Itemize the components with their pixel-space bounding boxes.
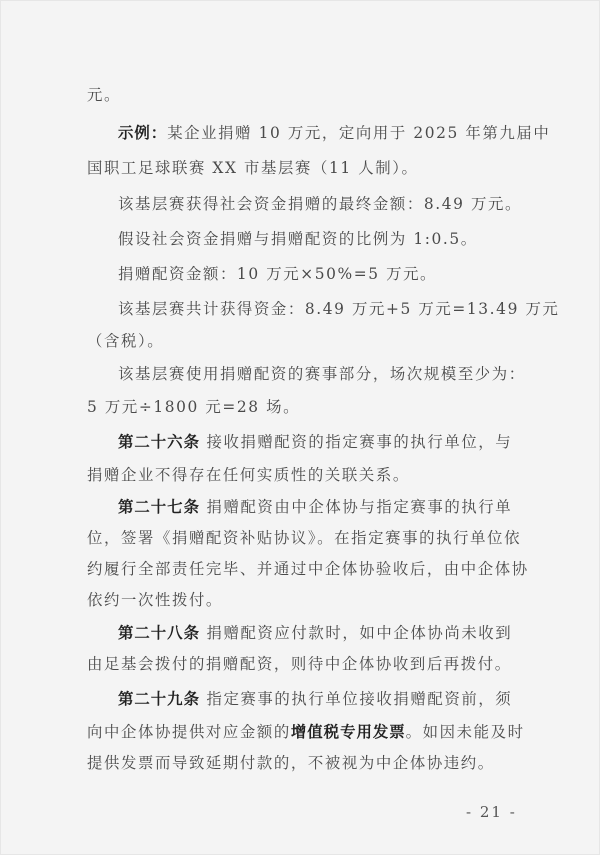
article-28: 第二十八条 捐赠配资应付款时，如中企体协尚未收到	[118, 623, 518, 643]
line-text: 捐赠配资应付款时，如中企体协尚未收到	[200, 624, 512, 642]
line-text: 某企业捐赠 10 万元，定向用于 2025 年第九届中	[167, 124, 550, 142]
line-text: 该基层赛共计获得资金：8.49 万元+5 万元=13.49 万元	[118, 300, 559, 318]
text-line: 国职工足球联赛 XX 市基层赛（11 人制）。	[87, 158, 517, 178]
line-text: 接收捐赠配资的指定赛事的执行单位，与	[200, 433, 512, 451]
example-label: 示例：	[118, 124, 167, 142]
line-text: 捐赠配资由中企体协与指定赛事的执行单	[200, 498, 512, 516]
text-line: 依约一次性拨付。	[87, 590, 517, 610]
example-paragraph: 示例：某企业捐赠 10 万元，定向用于 2025 年第九届中	[118, 123, 518, 143]
text-line: 提供发票而导致延期付款的，不被视为中企体协违约。	[87, 753, 517, 773]
text-line: 元。	[87, 85, 517, 105]
article-27: 第二十七条 捐赠配资由中企体协与指定赛事的执行单	[118, 497, 518, 517]
line-text: 假设社会资金捐赠与捐赠配资的比例为 1:0.5。	[118, 230, 478, 248]
line-text: 国职工足球联赛 XX 市基层赛（11 人制）。	[87, 159, 419, 177]
line-text: 捐赠企业不得存在任何实质性的关联关系。	[87, 466, 410, 484]
text-line: 约履行全部责任完毕、并通过中企体协验收后，由中企体协	[87, 559, 517, 579]
text-line: 该基层赛共计获得资金：8.49 万元+5 万元=13.49 万元	[118, 299, 518, 319]
line-text: 由足基会拨付的捐赠配资，则待中企体协收到后再拨付。	[87, 655, 512, 673]
article-29-label: 第二十九条	[118, 690, 200, 708]
line-text: 依约一次性拨付。	[87, 591, 223, 609]
line-text: 该基层赛使用捐赠配资的赛事部分，场次规模至少为：	[118, 365, 526, 383]
text-line: 位，签署《捐赠配资补贴协议》。在指定赛事的执行单位依	[87, 528, 517, 548]
line-text: 指定赛事的执行单位接收捐赠配资前，须	[200, 690, 512, 708]
article-29: 第二十九条 指定赛事的执行单位接收捐赠配资前，须	[118, 689, 518, 709]
line-text: 位，签署《捐赠配资补贴协议》。在指定赛事的执行单位依	[87, 529, 521, 547]
line-text: 该基层赛获得社会资金捐赠的最终金额：8.49 万元。	[118, 195, 522, 213]
text-line: 向中企体协提供对应金额的增值税专用发票。如因未能及时	[87, 722, 517, 742]
article-26: 第二十六条 接收捐赠配资的指定赛事的执行单位，与	[118, 432, 518, 452]
text-line: 该基层赛使用捐赠配资的赛事部分，场次规模至少为：	[118, 364, 518, 384]
text-line: 由足基会拨付的捐赠配资，则待中企体协收到后再拨付。	[87, 654, 517, 674]
line-text: 提供发票而导致延期付款的，不被视为中企体协违约。	[87, 754, 495, 772]
line-text: 向中企体协提供对应金额的	[87, 723, 291, 741]
line-text: 5 万元÷1800 元=28 场。	[87, 398, 300, 416]
page-number: - 21 -	[466, 803, 517, 821]
text-line: 该基层赛获得社会资金捐赠的最终金额：8.49 万元。	[118, 194, 518, 214]
line-text: 约履行全部责任完毕、并通过中企体协验收后，由中企体协	[87, 560, 529, 578]
document-page: 元。 示例：某企业捐赠 10 万元，定向用于 2025 年第九届中 国职工足球联…	[0, 0, 600, 855]
article-26-label: 第二十六条	[118, 433, 200, 451]
article-28-label: 第二十八条	[118, 624, 200, 642]
line-text: 。如因未能及时	[406, 723, 525, 741]
line-text: （含税）。	[87, 332, 164, 350]
text-line: 捐赠企业不得存在任何实质性的关联关系。	[87, 465, 517, 485]
text-line: 假设社会资金捐赠与捐赠配资的比例为 1:0.5。	[118, 229, 518, 249]
vat-invoice-emphasis: 增值税专用发票	[291, 723, 406, 741]
line-text: 元。	[87, 86, 121, 104]
line-text: 捐赠配资金额：10 万元×50%=5 万元。	[118, 265, 437, 283]
text-line: 5 万元÷1800 元=28 场。	[87, 397, 517, 417]
text-line: （含税）。	[87, 331, 517, 351]
text-line: 捐赠配资金额：10 万元×50%=5 万元。	[118, 264, 518, 284]
article-27-label: 第二十七条	[118, 498, 200, 516]
